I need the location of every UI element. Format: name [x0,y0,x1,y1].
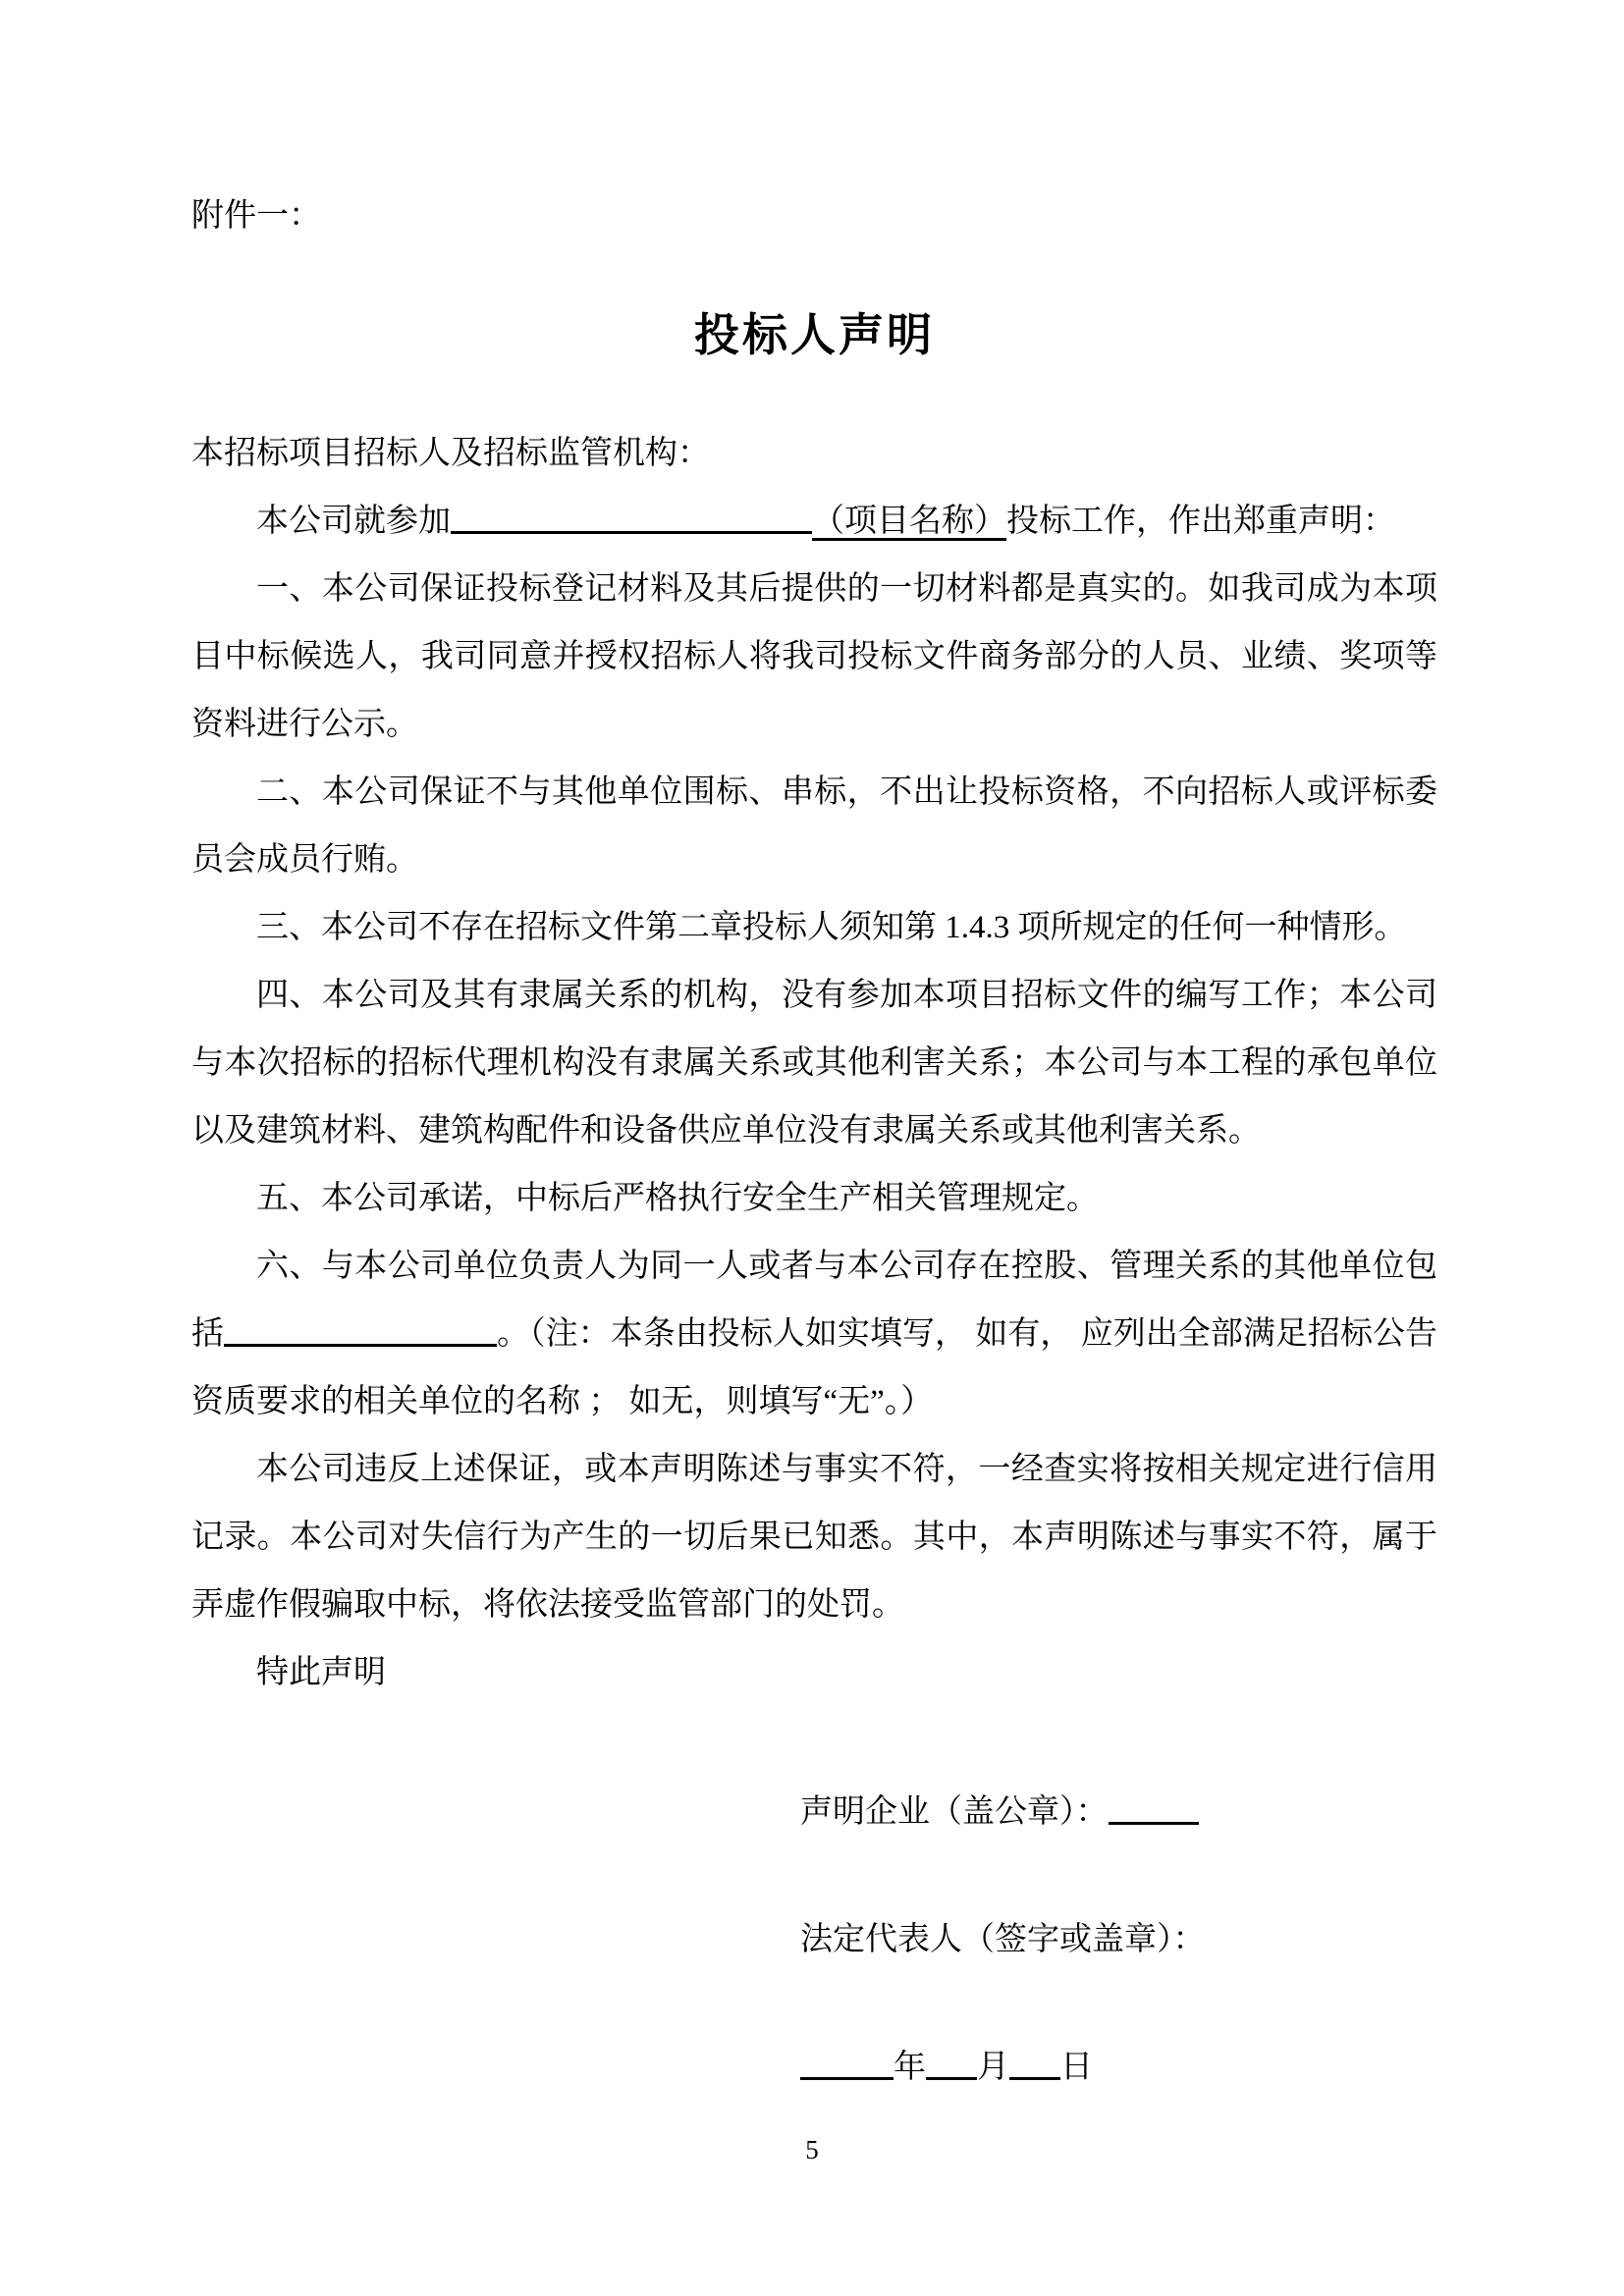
project-name-blank [451,525,812,534]
clause-6-suffix: 。（注：本条由投标人如实填写， 如有， 应列出全部满足招标公告资质要求的相关单位… [191,1316,1437,1419]
related-units-blank [224,1338,497,1347]
clause-4: 四、本公司及其有隶属关系的机构，没有参加本项目招标文件的编写工作；本公司与本次招… [191,962,1437,1165]
day-label: 日 [1060,2050,1093,2085]
enterprise-seal-label: 声明企业（盖公章）： [800,1794,1109,1830]
document-title: 投标人声明 [191,306,1437,365]
clause-2: 二、本公司保证不与其他单位围标、串标，不出让投标资格，不向招标人或评标委员会成员… [191,759,1437,894]
clause-3: 三、本公司不存在招标文件第二章投标人须知第 1.4.3 项所规定的任何一种情形。 [191,894,1437,962]
participate-suffix: 投标工作，作出郑重声明： [1006,504,1395,539]
clause-6: 六、与本公司单位负责人为同一人或者与本公司存在控股、管理关系的其他单位包括。（注… [191,1233,1437,1436]
legal-representative-line: 法定代表人（签字或盖章）： [800,1918,1437,1961]
day-blank [1009,2071,1060,2080]
month-label: 月 [977,2050,1009,2085]
intro-line: 本招标项目招标人及招标监管机构： [191,420,1437,488]
attachment-label: 附件一： [191,196,1437,236]
month-blank [926,2071,977,2080]
enterprise-seal-line: 声明企业（盖公章）： [800,1790,1437,1834]
hereby-line: 特此声明 [191,1639,1437,1707]
project-name-label: （项目名称） [812,504,1006,539]
clause-5: 五、本公司承诺，中标后严格执行安全生产相关管理规定。 [191,1165,1437,1233]
enterprise-name-blank [1109,1816,1199,1825]
year-blank [800,2071,893,2080]
date-line: 年月日 [800,2046,1437,2089]
participate-prefix: 本公司就参加 [256,504,451,539]
year-label: 年 [893,2050,926,2085]
closing-paragraph: 本公司违反上述保证，或本声明陈述与事实不符，一经查实将按相关规定进行信用记录。本… [191,1436,1437,1639]
document-page: 附件一： 投标人声明 本招标项目招标人及招标监管机构： 本公司就参加（项目名称）… [0,0,1624,2296]
page-number: 5 [0,2132,1624,2167]
clause-1: 一、本公司保证投标登记材料及其后提供的一切材料都是真实的。如我司成为本项目中标候… [191,556,1437,759]
participate-line: 本公司就参加（项目名称）投标工作，作出郑重声明： [191,488,1437,556]
